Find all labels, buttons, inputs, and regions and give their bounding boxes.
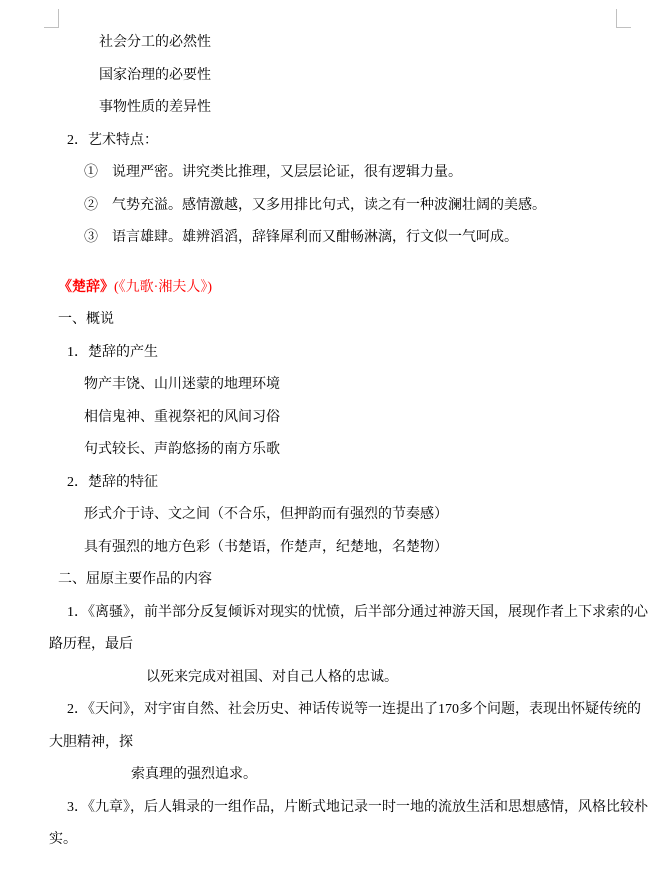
heading-sub-text: (《九歌·湘夫人》): [114, 280, 212, 295]
doc-line: 2．楚辞的特征: [0, 467, 672, 500]
doc-line: 具有强烈的地方色彩（书楚语，作楚声，纪楚地，名楚物）: [0, 532, 672, 565]
section-heading-chuci: 《楚辞》(《九歌·湘夫人》): [0, 272, 672, 305]
doc-line: 1．楚辞的产生: [0, 337, 672, 370]
document-page: 社会分工的必然性 国家治理的必要性 事物性质的差异性 2．艺术特点： ① 说理严…: [0, 0, 672, 872]
doc-line: 大胆精神，探: [0, 727, 672, 760]
doc-line: 形式介于诗、文之间（不合乐，但押韵而有强烈的节奏感）: [0, 499, 672, 532]
margin-corner-mark-right: [616, 9, 631, 28]
doc-line: 以死来完成对祖国、对自己人格的忠诚。: [0, 662, 672, 695]
doc-line: ③ 语言雄肆。雄辨滔滔，辞锋犀利而又酣畅淋漓，行文似一气呵成。: [0, 222, 672, 255]
doc-line: 国家治理的必要性: [0, 60, 672, 93]
doc-line: 3．《九章》，后人辑录的一组作品，片断式地记录一时一地的流放生活和思想感情，风格…: [0, 792, 672, 825]
doc-line: 2．《天问》，对宇宙自然、社会历史、神话传说等一连提出了170多个问题，表现出怀…: [0, 694, 672, 727]
doc-line: 事物性质的差异性: [0, 92, 672, 125]
doc-line: ① 说理严密。讲究类比推理，又层层论证，很有逻辑力量。: [0, 157, 672, 190]
margin-corner-mark-left: [44, 9, 59, 28]
doc-line: 句式较长、声韵悠扬的南方乐歌: [0, 434, 672, 467]
doc-line: 相信鬼神、重视祭祀的风间习俗: [0, 402, 672, 435]
doc-line: 路历程，最后: [0, 629, 672, 662]
doc-line: 索真理的强烈追求。: [0, 759, 672, 792]
doc-line: 1．《离骚》，前半部分反复倾诉对现实的忧愤，后半部分通过神游天国，展现作者上下求…: [0, 597, 672, 630]
doc-line: 物产丰饶、山川迷蒙的地理环境: [0, 369, 672, 402]
doc-line: 二、屈原主要作品的内容: [0, 564, 672, 597]
doc-line: 一、概说: [0, 304, 672, 337]
doc-line: 2．艺术特点：: [0, 125, 672, 158]
heading-bold-text: 《楚辞》: [58, 280, 114, 295]
doc-line: 社会分工的必然性: [0, 27, 672, 60]
document-content: 社会分工的必然性 国家治理的必要性 事物性质的差异性 2．艺术特点： ① 说理严…: [0, 27, 672, 857]
doc-line: ② 气势充溢。感情激越，又多用排比句式，读之有一种波澜壮阔的美感。: [0, 190, 672, 223]
doc-line: 实。: [0, 824, 672, 857]
